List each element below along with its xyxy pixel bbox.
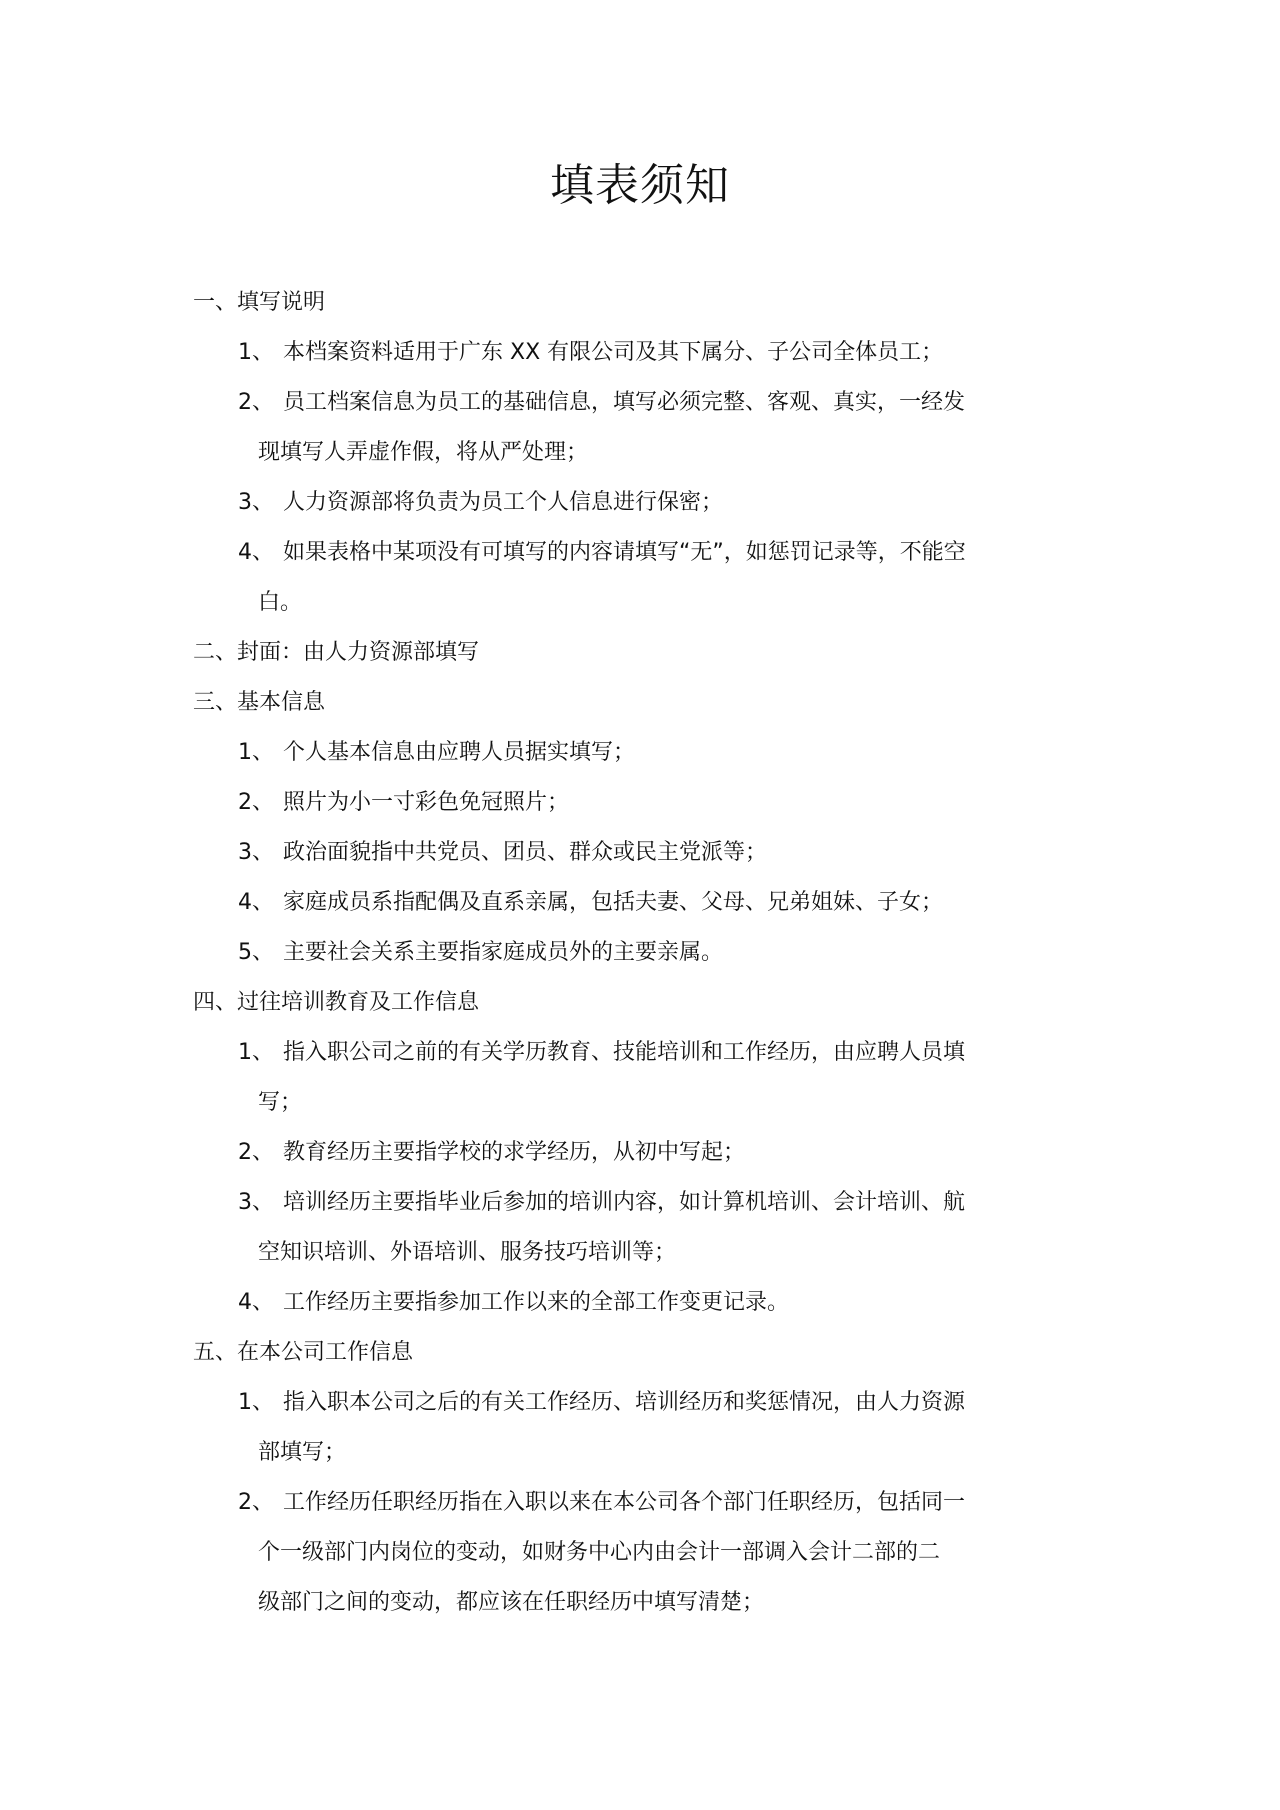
section-heading: 二、封面：由人力资源部填写 xyxy=(193,628,1093,678)
list-item-text: 工作经历主要指参加工作以来的全部工作变更记录。 xyxy=(283,1278,1093,1328)
list-item-text: 指入职本公司之后的有关工作经历、培训经历和奖惩情况，由人力资源 xyxy=(283,1378,1093,1428)
list-item-number: 1、 xyxy=(238,1028,274,1078)
list-item: 3、培训经历主要指毕业后参加的培训内容，如计算机培训、会计培训、航空知识培训、外… xyxy=(193,1178,1093,1278)
list-item: 2、工作经历任职经历指在入职以来在本公司各个部门任职经历，包括同一个一级部门内岗… xyxy=(193,1478,1093,1628)
list-item-number: 4、 xyxy=(238,528,274,578)
list-item-text-continuation: 个一级部门内岗位的变动，如财务中心内由会计一部调入会计二部的二 xyxy=(258,1528,1093,1578)
list-item-number: 3、 xyxy=(238,1178,274,1228)
list-item-number: 4、 xyxy=(238,878,274,928)
list-item-text: 培训经历主要指毕业后参加的培训内容，如计算机培训、会计培训、航 xyxy=(283,1178,1093,1228)
list-item-text-continuation: 白。 xyxy=(258,578,1093,628)
list-item: 3、人力资源部将负责为员工个人信息进行保密； xyxy=(193,478,1093,528)
list-item: 5、主要社会关系主要指家庭成员外的主要亲属。 xyxy=(193,928,1093,978)
list-item-text: 个人基本信息由应聘人员据实填写； xyxy=(283,728,1093,778)
list-item: 1、指入职公司之前的有关学历教育、技能培训和工作经历，由应聘人员填写； xyxy=(193,1028,1093,1128)
list-item: 4、如果表格中某项没有可填写的内容请填写“无”，如惩罚记录等，不能空白。 xyxy=(193,528,1093,628)
list-item-text: 本档案资料适用于广东 XX 有限公司及其下属分、子公司全体员工； xyxy=(283,328,1093,378)
list-item-text-continuation: 级部门之间的变动，都应该在任职经历中填写清楚； xyxy=(258,1578,1093,1628)
section-heading: 一、填写说明 xyxy=(193,278,1093,328)
section-heading: 五、在本公司工作信息 xyxy=(193,1328,1093,1378)
list-item-number: 3、 xyxy=(238,478,274,528)
document-page: 填表须知 一、填写说明1、本档案资料适用于广东 XX 有限公司及其下属分、子公司… xyxy=(0,0,1280,1810)
list-item: 2、照片为小一寸彩色免冠照片； xyxy=(193,778,1093,828)
list-item-number: 1、 xyxy=(238,1378,274,1428)
list-item: 1、个人基本信息由应聘人员据实填写； xyxy=(193,728,1093,778)
list-item-text-continuation: 现填写人弄虚作假，将从严处理； xyxy=(258,428,1093,478)
list-item: 3、政治面貌指中共党员、团员、群众或民主党派等； xyxy=(193,828,1093,878)
list-item: 4、工作经历主要指参加工作以来的全部工作变更记录。 xyxy=(193,1278,1093,1328)
list-item-number: 2、 xyxy=(238,778,274,828)
list-item-number: 2、 xyxy=(238,1478,274,1528)
list-item-text-continuation: 写； xyxy=(258,1078,1093,1128)
list-item-number: 4、 xyxy=(238,1278,274,1328)
document-title: 填表须知 xyxy=(0,158,1280,214)
list-item-text: 照片为小一寸彩色免冠照片； xyxy=(283,778,1093,828)
list-item-number: 5、 xyxy=(238,928,274,978)
section-heading: 三、基本信息 xyxy=(193,678,1093,728)
list-item-text: 人力资源部将负责为员工个人信息进行保密； xyxy=(283,478,1093,528)
list-item: 2、员工档案信息为员工的基础信息，填写必须完整、客观、真实，一经发现填写人弄虚作… xyxy=(193,378,1093,478)
list-item-text: 员工档案信息为员工的基础信息，填写必须完整、客观、真实，一经发 xyxy=(283,378,1093,428)
document-body: 一、填写说明1、本档案资料适用于广东 XX 有限公司及其下属分、子公司全体员工；… xyxy=(193,278,1093,1628)
list-item-number: 3、 xyxy=(238,828,274,878)
list-item: 4、家庭成员系指配偶及直系亲属，包括夫妻、父母、兄弟姐妹、子女； xyxy=(193,878,1093,928)
list-item-text: 工作经历任职经历指在入职以来在本公司各个部门任职经历，包括同一 xyxy=(283,1478,1093,1528)
list-item: 1、本档案资料适用于广东 XX 有限公司及其下属分、子公司全体员工； xyxy=(193,328,1093,378)
list-item: 1、指入职本公司之后的有关工作经历、培训经历和奖惩情况，由人力资源部填写； xyxy=(193,1378,1093,1478)
list-item-number: 2、 xyxy=(238,1128,274,1178)
list-item-text-continuation: 空知识培训、外语培训、服务技巧培训等； xyxy=(258,1228,1093,1278)
list-item-number: 1、 xyxy=(238,328,274,378)
list-item-text: 指入职公司之前的有关学历教育、技能培训和工作经历，由应聘人员填 xyxy=(283,1028,1093,1078)
list-item-number: 1、 xyxy=(238,728,274,778)
list-item-number: 2、 xyxy=(238,378,274,428)
list-item-text: 主要社会关系主要指家庭成员外的主要亲属。 xyxy=(283,928,1093,978)
list-item-text-continuation: 部填写； xyxy=(258,1428,1093,1478)
list-item-text: 家庭成员系指配偶及直系亲属，包括夫妻、父母、兄弟姐妹、子女； xyxy=(283,878,1093,928)
list-item-text: 教育经历主要指学校的求学经历，从初中写起； xyxy=(283,1128,1093,1178)
list-item: 2、教育经历主要指学校的求学经历，从初中写起； xyxy=(193,1128,1093,1178)
section-heading: 四、过往培训教育及工作信息 xyxy=(193,978,1093,1028)
list-item-text: 如果表格中某项没有可填写的内容请填写“无”，如惩罚记录等，不能空 xyxy=(283,528,1093,578)
list-item-text: 政治面貌指中共党员、团员、群众或民主党派等； xyxy=(283,828,1093,878)
